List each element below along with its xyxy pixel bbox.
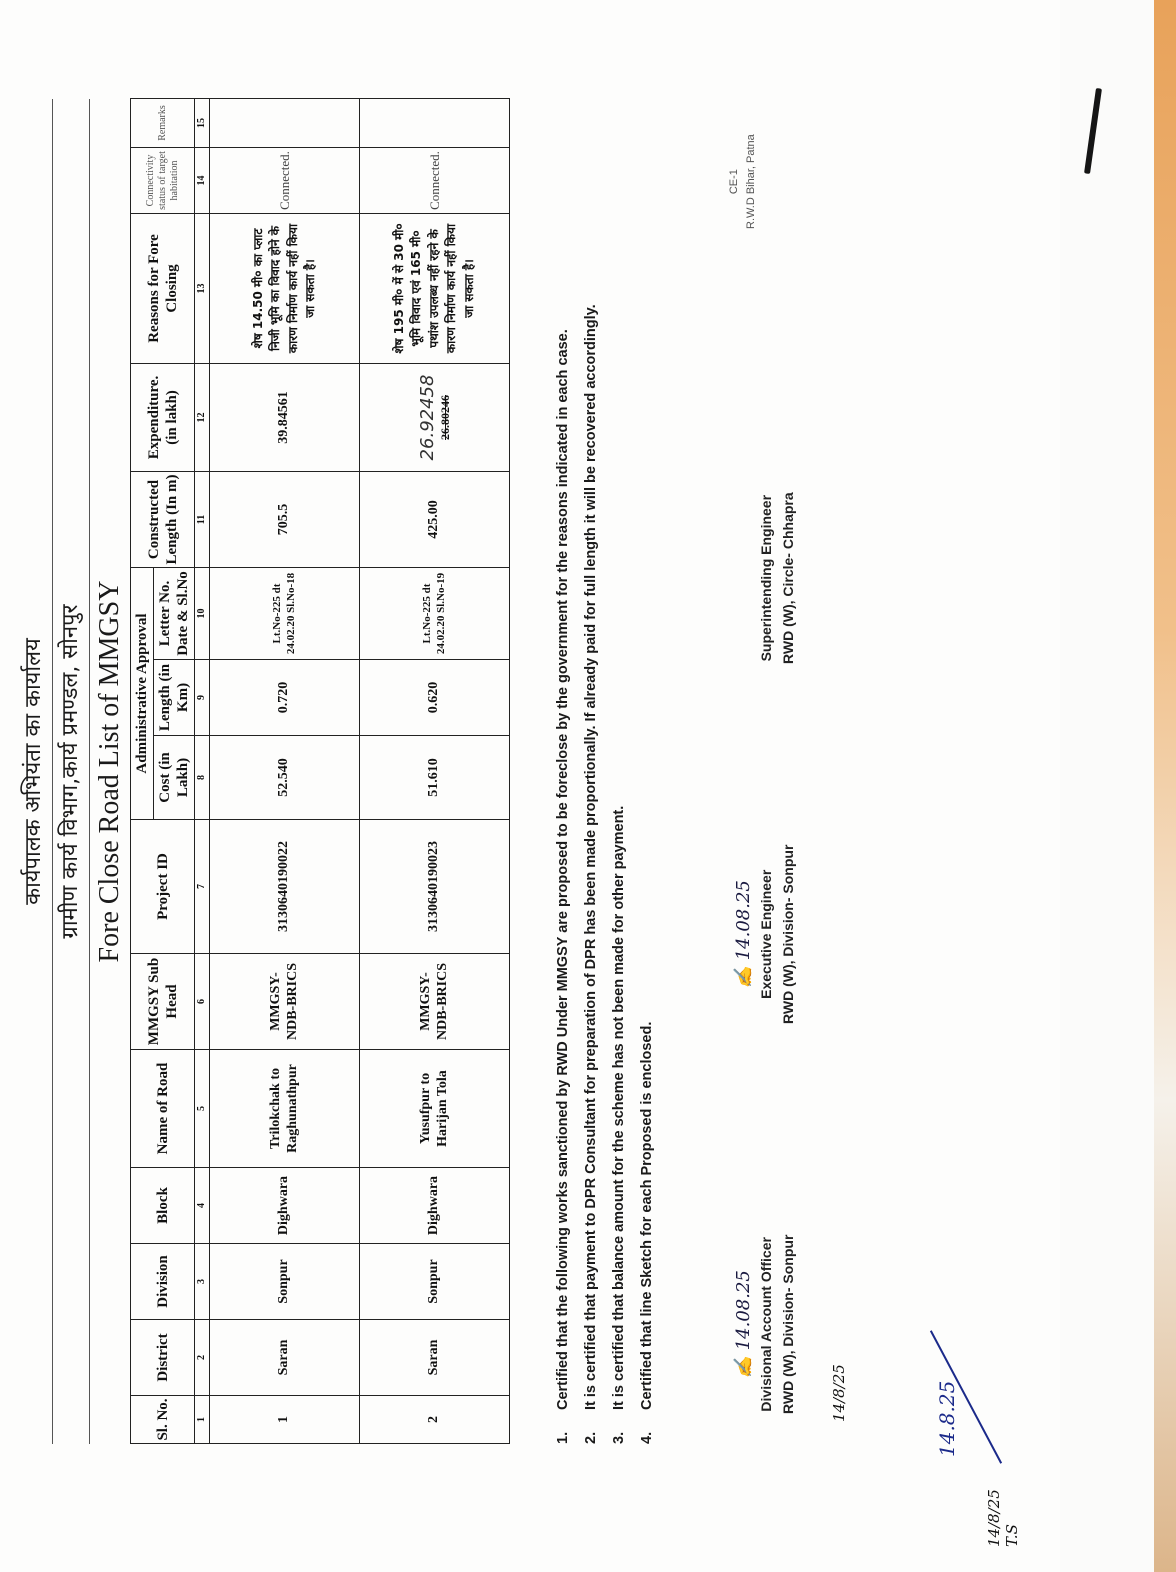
certification-text: Certified that the following works sanct… — [555, 329, 571, 1410]
cell-letter: Lt.No-225 dt 24.02.20 Sl.No-19 — [360, 567, 510, 659]
rotated-document: कार्यपालक अभियंता का कार्यालय ग्रामीण का… — [0, 0, 1060, 1572]
certification-number: 4. — [639, 1410, 655, 1444]
signatory-dao-title: Divisional Account Officer — [756, 1235, 778, 1414]
certification-item: 2.It is certified that payment to DPR Co… — [583, 99, 599, 1444]
signatory-se-title: Superintending Engineer — [756, 492, 778, 664]
col-district: District — [131, 1320, 195, 1396]
document-page: कार्यपालक अभियंता का कार्यालय ग्रामीण का… — [0, 0, 1060, 1572]
table-row: 2SaranSonpurDighwaraYusufpur to Harijan … — [360, 98, 510, 1443]
signatory-ee: ✍ 14.08.25 Executive Engineer RWD (W), D… — [730, 845, 799, 1024]
dao-date-mark: 14/8/25 — [830, 1364, 848, 1422]
table-row: 1SaranSonpurDighwaraTrilokchak to Raghun… — [210, 98, 360, 1443]
col-letter: Letter No. Date & Sl.No — [154, 567, 195, 659]
cell-expenditure: 26.9245826.80246 — [360, 363, 510, 471]
cell-block: Dighwara — [210, 1168, 360, 1244]
col-sl-no: Sl. No. — [131, 1396, 195, 1444]
certification-item: 4.Certified that line Sketch for each Pr… — [639, 99, 655, 1444]
cell-division: Sonpur — [360, 1244, 510, 1320]
col-connectivity: Connectivity status of target habitation — [131, 147, 195, 213]
certification-number: 3. — [611, 1410, 627, 1444]
signatory-se-office: RWD (W), Circle- Chhapra — [778, 492, 800, 664]
cell-remarks — [360, 98, 510, 147]
certification-text: It is certified that balance amount for … — [611, 806, 627, 1410]
signature-dao: ✍ 14.08.25 — [730, 1235, 756, 1414]
column-number: 10 — [195, 567, 210, 659]
header-row-top: Sl. No. District Division Block Name of … — [131, 98, 154, 1443]
col-block: Block — [131, 1168, 195, 1244]
folder-edge — [1154, 0, 1176, 1572]
cell-remarks — [210, 98, 360, 147]
cell-name-of-road: Yusufpur to Harijan Tola — [360, 1050, 510, 1168]
col-length: Length (in Km) — [154, 660, 195, 736]
signatory-ce-office: R.W.D Bihar, Patna — [743, 134, 760, 229]
cell-connectivity: Connected. — [360, 147, 510, 213]
column-number: 2 — [195, 1320, 210, 1396]
blue-ink-note: 14.8.25 — [935, 1381, 959, 1457]
cell-project-id: 3130640190023 — [360, 820, 510, 954]
signature-ee: ✍ 14.08.25 — [730, 845, 756, 1024]
col-reasons: Reasons for Fore Closing — [131, 213, 195, 363]
signatory-ce: CE-1 R.W.D Bihar, Patna — [726, 134, 760, 229]
cell-division: Sonpur — [210, 1244, 360, 1320]
column-number: 8 — [195, 736, 210, 820]
column-number: 13 — [195, 213, 210, 363]
document-header: कार्यपालक अभियंता का कार्यालय ग्रामीण का… — [16, 99, 131, 1444]
cell-expenditure: 39.84561 — [210, 363, 360, 471]
column-number: 14 — [195, 147, 210, 213]
cell-reasons: शेष 14.50 मी० का प्लाट निजी भूमि का विवा… — [210, 213, 360, 363]
cell-block: Dighwara — [360, 1168, 510, 1244]
column-number: 1 — [195, 1396, 210, 1444]
cell-length: 0.620 — [360, 660, 510, 736]
certification-number: 2. — [583, 1410, 599, 1444]
department-line: ग्रामीण कार्य विभाग,कार्य प्रमण्डल, सोनप… — [53, 99, 90, 1444]
foreclose-road-table: Sl. No. District Division Block Name of … — [130, 98, 510, 1444]
column-number: 7 — [195, 820, 210, 954]
cell-district: Saran — [360, 1320, 510, 1396]
col-remarks: Remarks — [131, 98, 195, 147]
bottom-left-initials: 14/8/25 T.S — [985, 1489, 1021, 1547]
cell-connectivity: Connected. — [210, 147, 360, 213]
col-constructed-length: Constructed Length (In m) — [131, 471, 195, 567]
column-number-row: 123456789101112131415 — [195, 98, 210, 1443]
cell-district: Saran — [210, 1320, 360, 1396]
column-number: 12 — [195, 363, 210, 471]
handwritten-expenditure: 26.92458 — [417, 366, 439, 469]
certification-number: 1. — [555, 1410, 571, 1444]
column-number: 11 — [195, 471, 210, 567]
cell-cost: 52.540 — [210, 736, 360, 820]
cell-cost: 51.610 — [360, 736, 510, 820]
cell-reasons: शेष 195 मी० में से 30 मी० भूमि विवाद एवं… — [360, 213, 510, 363]
certification-item: 1.Certified that the following works san… — [555, 99, 571, 1444]
signatory-ee-office: RWD (W), Division- Sonpur — [778, 845, 800, 1024]
col-project-id: Project ID — [131, 820, 195, 954]
cell-sub-head: MMGSY-NDB-BRICS — [360, 954, 510, 1050]
cell-length: 0.720 — [210, 660, 360, 736]
certification-text: Certified that line Sketch for each Prop… — [639, 1022, 655, 1410]
column-number: 4 — [195, 1168, 210, 1244]
signatory-dao: ✍ 14.08.25 Divisional Account Officer RW… — [730, 1235, 799, 1414]
cell-name-of-road: Trilokchak to Raghunathpur — [210, 1050, 360, 1168]
column-number: 3 — [195, 1244, 210, 1320]
col-sub-head: MMGSY Sub Head — [131, 954, 195, 1050]
col-division: Division — [131, 1244, 195, 1320]
struck-expenditure: 26.80246 — [438, 366, 452, 469]
signatory-dao-office: RWD (W), Division- Sonpur — [778, 1235, 800, 1414]
certification-item: 3.It is certified that balance amount fo… — [611, 99, 627, 1444]
signatory-se: Superintending Engineer RWD (W), Circle-… — [756, 492, 799, 664]
office-title: कार्यपालक अभियंता का कार्यालय — [16, 99, 53, 1444]
cell-letter: Lt.No-225 dt 24.02.20 Sl.No-18 — [210, 567, 360, 659]
cell-sl-no: 2 — [360, 1396, 510, 1444]
col-admin-approval: Administrative Approval — [131, 567, 154, 819]
signatory-ce-title: CE-1 — [726, 134, 743, 229]
signature-block: ✍ 14.08.25 Divisional Account Officer RW… — [730, 99, 850, 1444]
certification-list: 1.Certified that the following works san… — [555, 99, 667, 1444]
col-cost: Cost (in Lakh) — [154, 736, 195, 820]
column-number: 9 — [195, 660, 210, 736]
col-name-of-road: Name of Road — [131, 1050, 195, 1168]
column-number: 6 — [195, 954, 210, 1050]
cell-constructed-length: 425.00 — [360, 471, 510, 567]
cell-sl-no: 1 — [210, 1396, 360, 1444]
column-number: 5 — [195, 1050, 210, 1168]
cell-project-id: 3130640190022 — [210, 820, 360, 954]
cell-sub-head: MMGSY-NDB-BRICS — [210, 954, 360, 1050]
column-number: 15 — [195, 98, 210, 147]
list-title: Fore Close Road List of MMGSY — [90, 99, 131, 1444]
col-expenditure: Expenditure. (in lakh) — [131, 363, 195, 471]
cell-constructed-length: 705.5 — [210, 471, 360, 567]
signatory-ee-title: Executive Engineer — [756, 845, 778, 1024]
certification-text: It is certified that payment to DPR Cons… — [583, 304, 599, 1410]
